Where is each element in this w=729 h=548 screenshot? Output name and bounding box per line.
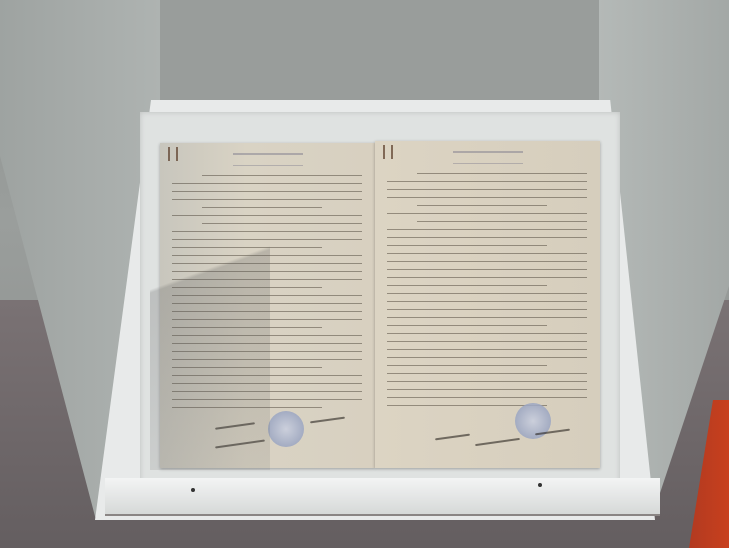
handwriting-line bbox=[387, 213, 587, 214]
handwriting-line bbox=[387, 197, 587, 198]
handwriting-line bbox=[172, 327, 322, 328]
handwriting-line bbox=[172, 271, 362, 272]
handwriting-line bbox=[387, 333, 587, 334]
signature bbox=[215, 440, 265, 449]
handwriting-line bbox=[172, 343, 362, 344]
screw bbox=[538, 483, 542, 487]
museum-display-scene: Handwritten document page 1 Handwritten … bbox=[0, 0, 729, 548]
handwriting-line bbox=[387, 301, 587, 302]
document-page-right: Handwritten document page 2 bbox=[375, 141, 600, 468]
handwriting-line bbox=[172, 335, 362, 336]
handwriting-line bbox=[172, 311, 362, 312]
handwriting-line bbox=[387, 245, 547, 246]
letterhead bbox=[453, 151, 523, 164]
signature bbox=[475, 438, 520, 446]
handwriting-line bbox=[417, 221, 587, 222]
handwriting-line bbox=[172, 391, 362, 392]
handwriting-line bbox=[387, 373, 587, 374]
handwriting-line bbox=[172, 263, 362, 264]
display-case-back bbox=[130, 0, 610, 110]
handwriting-line bbox=[172, 319, 362, 320]
handwriting-line bbox=[387, 237, 587, 238]
handwriting-line bbox=[172, 399, 362, 400]
handwriting-line bbox=[387, 341, 587, 342]
handwriting-line bbox=[172, 295, 362, 296]
screw bbox=[191, 488, 195, 492]
signature bbox=[310, 417, 345, 424]
handwriting-line bbox=[387, 293, 587, 294]
handwriting-line bbox=[387, 277, 587, 278]
handwriting-line bbox=[387, 261, 587, 262]
handwriting-line bbox=[172, 231, 362, 232]
handwriting-line bbox=[387, 189, 587, 190]
handwriting-line bbox=[387, 317, 587, 318]
handwriting-line bbox=[387, 349, 587, 350]
handwriting-line bbox=[387, 269, 587, 270]
handwriting-line bbox=[172, 287, 322, 288]
handwriting-line bbox=[387, 357, 587, 358]
handwriting-line bbox=[417, 173, 587, 174]
letterhead bbox=[233, 153, 303, 166]
handwriting-line bbox=[202, 175, 362, 176]
handwriting-line bbox=[387, 253, 587, 254]
signature bbox=[215, 422, 255, 430]
handwriting-line bbox=[387, 181, 587, 182]
handwriting-line bbox=[387, 325, 547, 326]
document-page-left: Handwritten document page 1 bbox=[160, 143, 375, 468]
handwriting-line bbox=[172, 199, 362, 200]
handwriting-line bbox=[172, 375, 362, 376]
handwriting-line bbox=[172, 407, 322, 408]
handwriting-line bbox=[387, 285, 547, 286]
handwriting-line bbox=[387, 229, 587, 230]
handwriting-line bbox=[172, 239, 362, 240]
handwriting-line bbox=[172, 191, 362, 192]
handwriting-line bbox=[202, 223, 362, 224]
handwriting-line bbox=[387, 381, 587, 382]
seal-icon bbox=[268, 411, 304, 447]
corner-mark bbox=[168, 147, 178, 161]
handwriting-line bbox=[172, 351, 362, 352]
handwriting-line bbox=[172, 279, 362, 280]
handwriting-line bbox=[172, 255, 362, 256]
display-sill bbox=[105, 478, 660, 516]
signature bbox=[435, 434, 470, 441]
handwriting-line bbox=[172, 367, 322, 368]
handwriting-line bbox=[387, 309, 587, 310]
handwriting-line bbox=[387, 365, 547, 366]
handwriting-line bbox=[202, 207, 322, 208]
handwriting-line bbox=[172, 383, 362, 384]
handwriting-line bbox=[417, 205, 547, 206]
handwriting-line bbox=[172, 303, 362, 304]
handwriting-line bbox=[172, 247, 322, 248]
handwriting-line bbox=[172, 183, 362, 184]
handwriting-line bbox=[387, 389, 587, 390]
handwriting-line bbox=[172, 359, 362, 360]
handwriting-line bbox=[172, 215, 362, 216]
corner-mark bbox=[383, 145, 393, 159]
handwriting-line bbox=[387, 397, 587, 398]
